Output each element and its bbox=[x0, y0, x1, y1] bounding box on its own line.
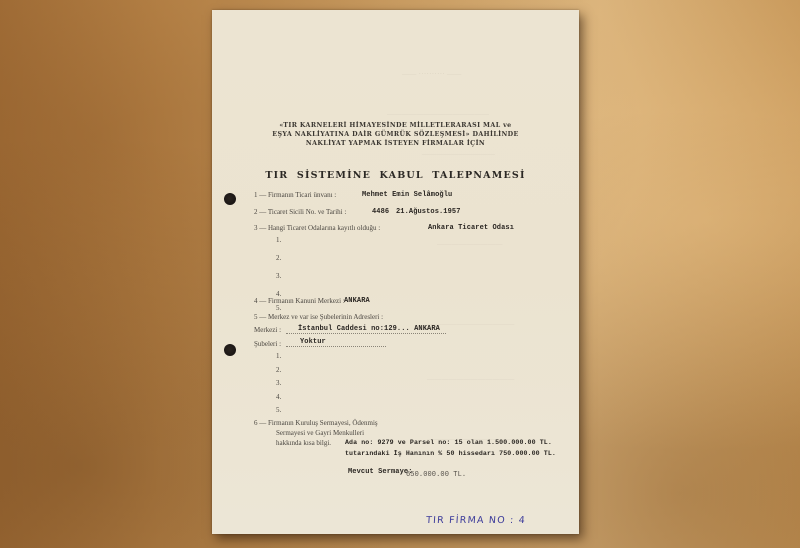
field-3-list-item: 3. bbox=[276, 272, 281, 280]
field-2-date: 21.Ağustos.1957 bbox=[396, 208, 461, 216]
mevcut-sermaye-value: 650.000.00 TL. bbox=[406, 471, 466, 479]
field-2-label: 2 — Ticaret Sicili No. ve Tarihi : bbox=[254, 208, 346, 216]
header-line: NAKLİYAT YAPMAK İSTEYEN FİRMALAR İÇİN bbox=[212, 139, 579, 148]
field-5-sube-value: Yoktur bbox=[300, 338, 326, 346]
mevcut-sermaye-label: Mevcut Sermaye: bbox=[348, 468, 413, 476]
field-3-list-item: 1. bbox=[276, 236, 281, 244]
field-3-list-item: 5. bbox=[276, 304, 281, 312]
field-5-list-item: 4. bbox=[276, 393, 281, 401]
handwritten-note: TIR FİRMA NO : 4 bbox=[426, 515, 527, 526]
field-5-list-item: 2. bbox=[276, 366, 281, 374]
field-4-value: ANKARA bbox=[344, 297, 370, 305]
show-through-text: ――――――――― bbox=[437, 240, 503, 248]
field-5-merkez-line: İstanbul Caddesi no:129... ANKARA bbox=[286, 325, 446, 334]
show-through-text: ―――――――――――――― bbox=[387, 110, 489, 118]
show-through-text: ―― ·········· ―― bbox=[402, 70, 462, 78]
field-3-label: 3 — Hangi Ticaret Odalarına kayıtlı oldu… bbox=[254, 224, 380, 232]
punch-hole bbox=[224, 193, 236, 205]
field-6-label-line: 6 — Firmanın Kuruluş Sermayesi, Ödenmiş bbox=[254, 419, 378, 427]
punch-hole bbox=[224, 344, 236, 356]
field-5-list-item: 1. bbox=[276, 352, 281, 360]
field-3-value: Ankara Ticaret Odası bbox=[428, 224, 514, 232]
field-6-value-line-1: Ada no: 9279 ve Parsel no: 15 olan 1.500… bbox=[345, 439, 552, 446]
show-through-text: ―――――――――――― bbox=[427, 375, 515, 383]
field-5-list-item: 5. bbox=[276, 406, 281, 414]
field-4-label: 4 — Firmanın Kanuni Merkezi : bbox=[254, 297, 345, 305]
field-5-sube-line: Yoktur bbox=[286, 338, 386, 347]
field-2-number: 4486 bbox=[372, 208, 389, 216]
field-6-label-line: hakkında kısa bilgi. bbox=[276, 439, 331, 447]
document-title: TIR SİSTEMİNE KABUL TALEPNAMESİ bbox=[212, 170, 579, 181]
document-page: ―― ·········· ―― ―――――――――――――― ――――――――… bbox=[212, 10, 579, 534]
field-6-value-line-2: tutarındaki İş Hanının % 50 hissedarı 75… bbox=[345, 450, 556, 457]
show-through-text: ―――――――――― bbox=[422, 150, 495, 158]
field-3-list-item: 2. bbox=[276, 254, 281, 262]
field-6-label-line: Sermayesi ve Gayri Menkulleri bbox=[276, 429, 364, 437]
field-1-label: 1 — Firmanın Ticari ünvanı : bbox=[254, 191, 336, 199]
field-5-merkez-label: Merkezi : bbox=[254, 326, 281, 334]
field-5-sube-label: Şubeleri : bbox=[254, 340, 281, 348]
field-5-label: 5 — Merkez ve var ise Şubelerinin Adresl… bbox=[254, 313, 383, 321]
field-5-merkez-value: İstanbul Caddesi no:129... ANKARA bbox=[298, 325, 440, 333]
field-1-value: Mehmet Emin Selâmoğlu bbox=[362, 191, 452, 199]
header-line: EŞYA NAKLİYATINA DAİR GÜMRÜK SÖZLEŞMESİ»… bbox=[212, 130, 579, 139]
field-5-list-item: 3. bbox=[276, 379, 281, 387]
document-header: «TIR KARNELERİ HİMAYESİNDE MİLLETLERARAS… bbox=[212, 121, 579, 148]
header-line: «TIR KARNELERİ HİMAYESİNDE MİLLETLERARAS… bbox=[212, 121, 579, 130]
